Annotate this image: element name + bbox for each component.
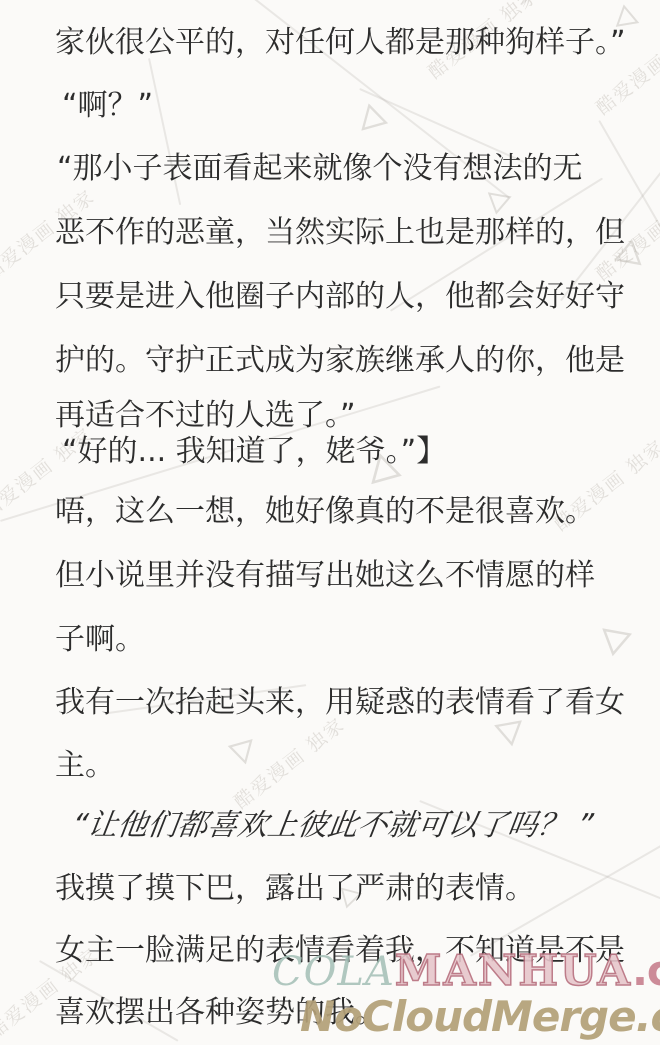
triangle-watermark-icon [494, 718, 526, 750]
text-line: “让他们都喜欢上彼此不就可以了吗？ ” [70, 809, 595, 843]
text-line: 子啊。 [55, 623, 145, 657]
cola-watermark-text: COLA [272, 949, 395, 995]
text-line: 只要是进入他圈子内部的人，他都会好好守 [55, 280, 625, 314]
manhua-tld-text: .com [632, 946, 660, 995]
text-line: 家伙很公平的，对任何人都是那种狗样子。” [55, 26, 626, 60]
manhua-watermark-text: MANHUA [395, 946, 632, 995]
manhua-text-page: 酷爱漫画 独家酷爱漫画 独家酷爱漫画 独家酷爱漫画 独家酷爱漫画 独家酷爱漫画 … [0, 0, 660, 1045]
text-line: 我摸了摸下巴，露出了严肃的表情。 [55, 872, 535, 906]
triangle-watermark-icon [598, 626, 633, 661]
text-line: “那小子表面看起来就像个没有想法的无 [57, 152, 583, 186]
nocloudmerge-watermark: NoCloudMerge.com [300, 992, 660, 1041]
text-line: “啊？” [62, 89, 153, 123]
text-line: 唔，这么一想，她好像真的不是很喜欢。 [55, 495, 595, 529]
text-line: 我有一次抬起头来，用疑惑的表情看了看女 [55, 686, 625, 720]
text-line: 护的。守护正式成为家族继承人的你，他是 [55, 344, 625, 378]
text-line: 但小说里并没有描写出她这么不情愿的样 [55, 559, 595, 593]
text-line: 恶不作的恶童，当然实际上也是那样的，但 [55, 216, 625, 250]
text-line: 主。 [55, 749, 115, 783]
text-line: 再适合不过的人选了。” [55, 399, 356, 433]
colamanhua-watermark: COLAMANHUA.com [272, 946, 660, 995]
text-line: “好的... 我知道了，姥爷。”】 [62, 435, 446, 469]
triangle-watermark-icon [359, 103, 393, 137]
triangle-watermark-icon [484, 190, 512, 218]
triangle-watermark-icon [223, 733, 255, 765]
